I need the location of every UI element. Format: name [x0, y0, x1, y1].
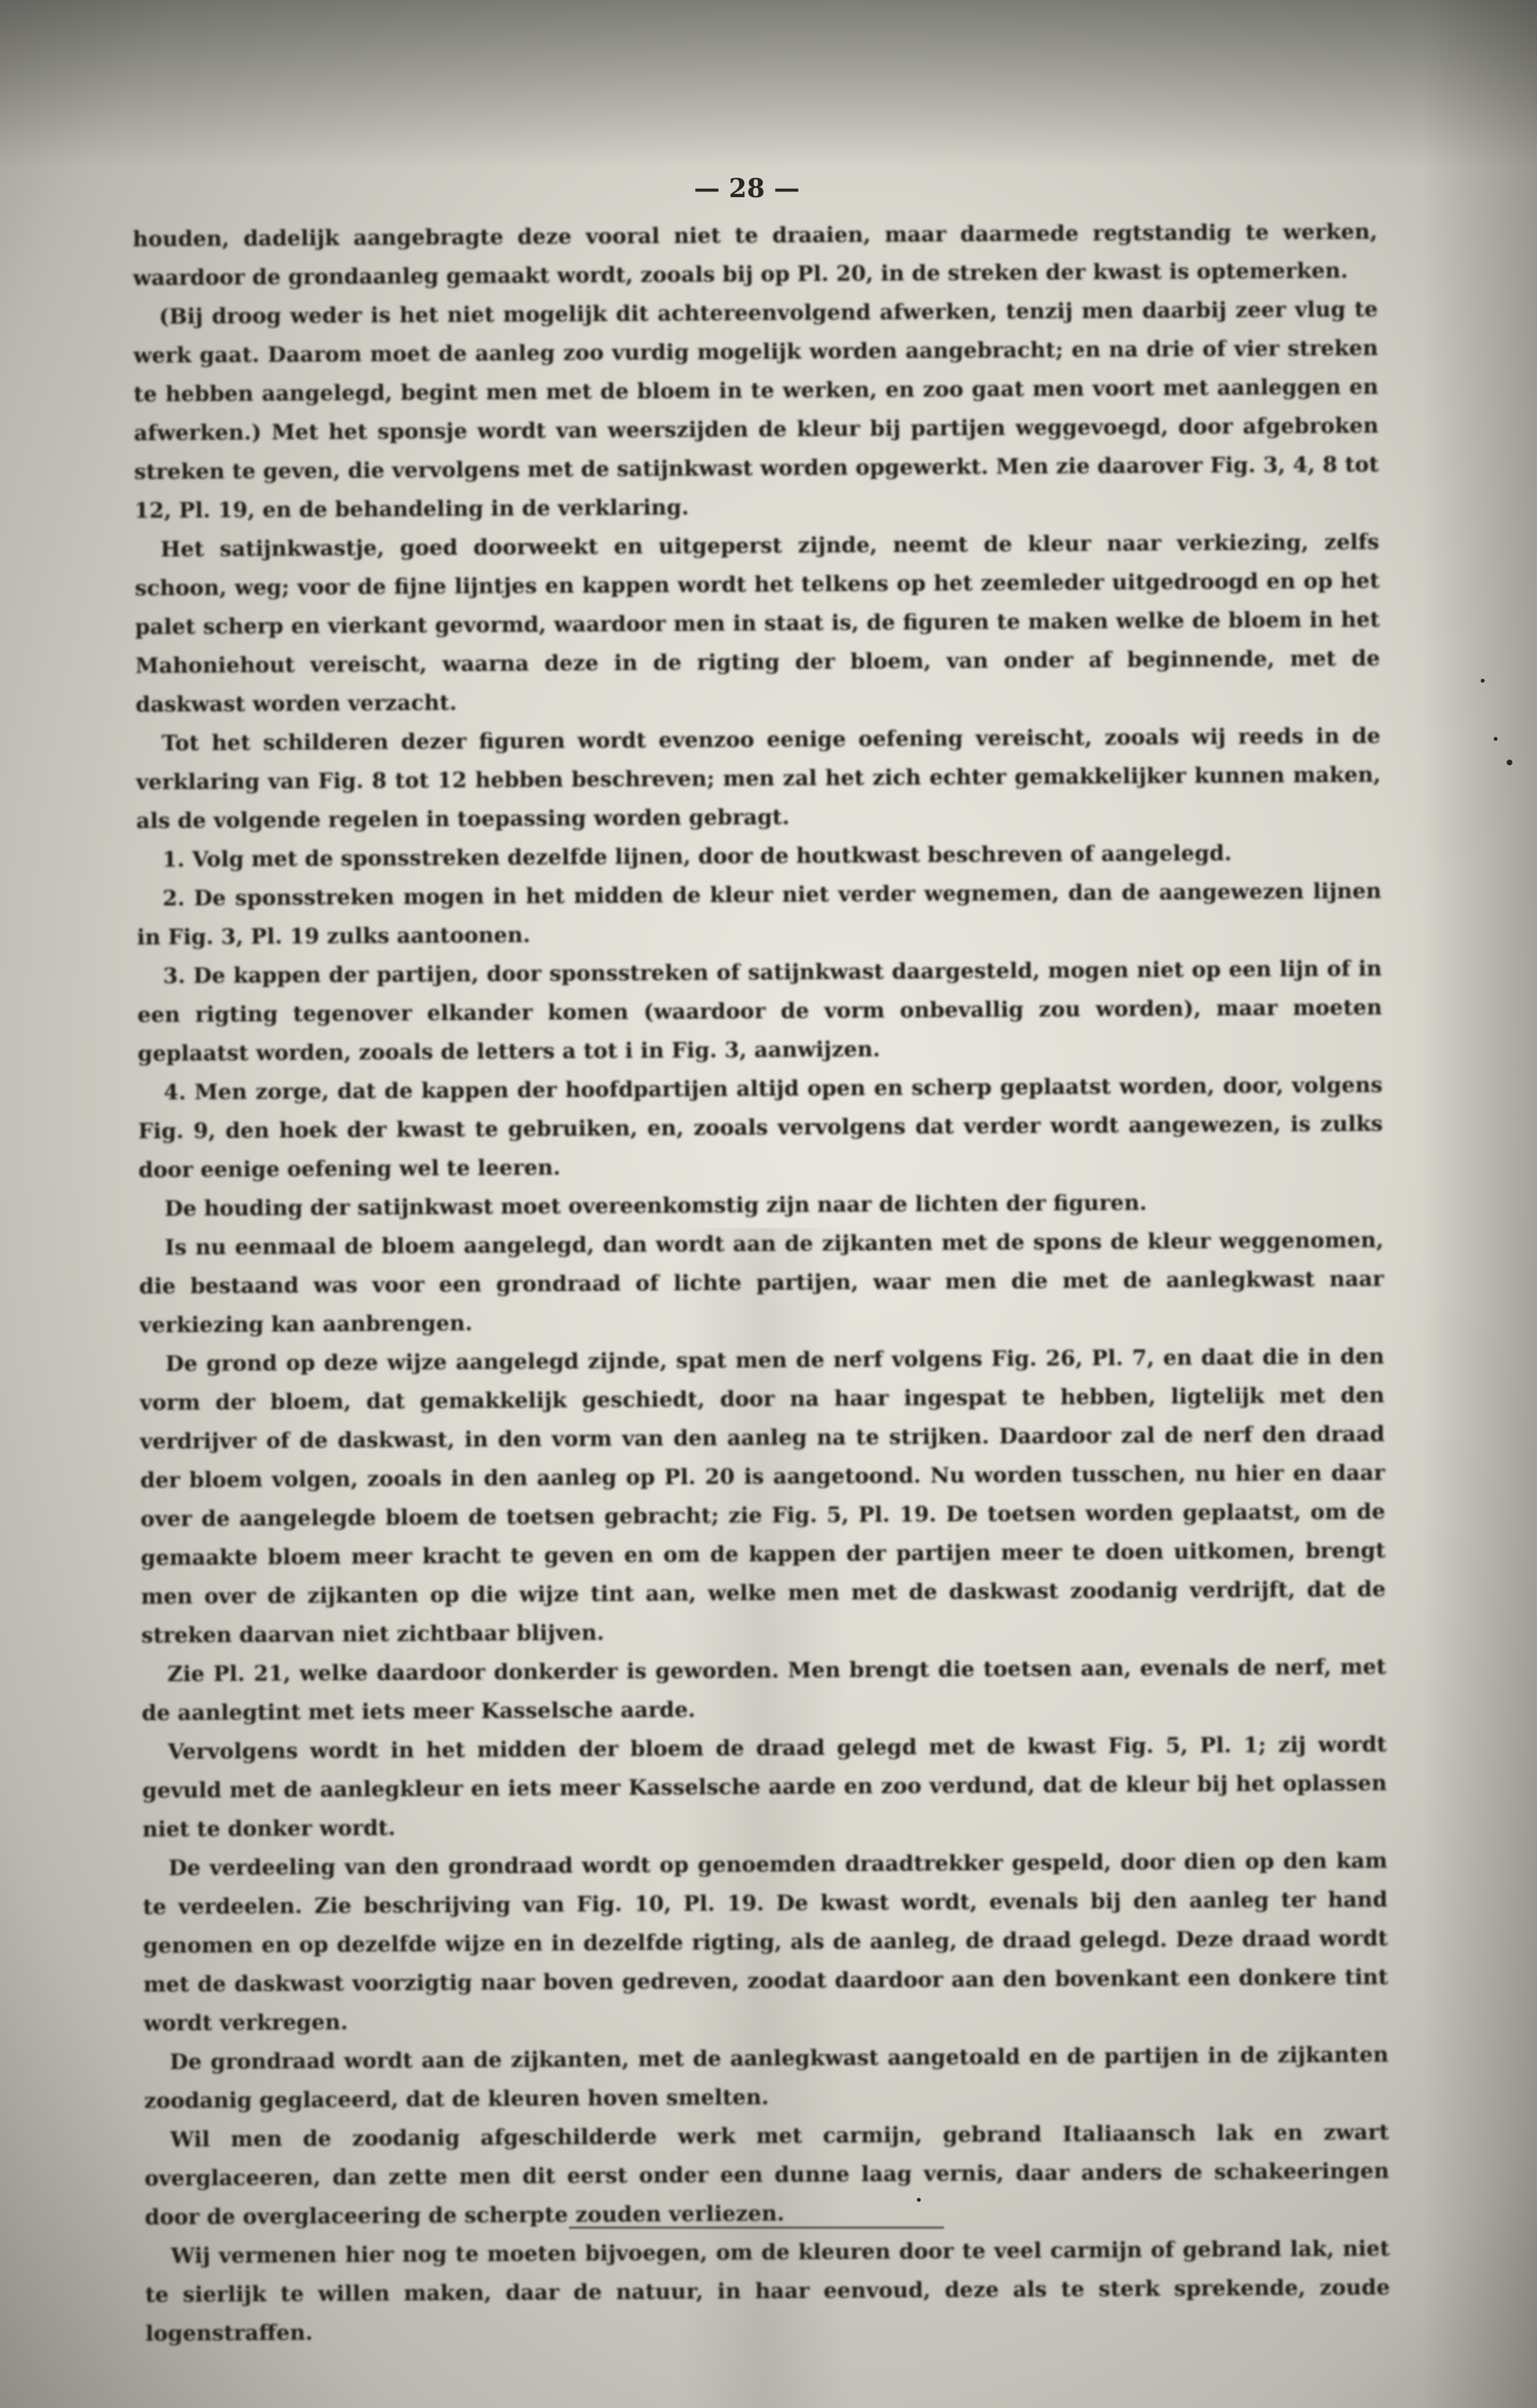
- paragraph: Wil men de zoodanig afgeschilderde werk …: [144, 2113, 1390, 2237]
- list-item: 2. De sponsstreken mogen in het midden d…: [136, 871, 1382, 957]
- paragraph: De grond op deze wijze aangelegd zijnde,…: [140, 1337, 1386, 1655]
- paragraph: De grondraad wordt aan de zijkanten, met…: [144, 2035, 1389, 2120]
- paragraph: (Bij droog weder is het niet mogelijk di…: [133, 290, 1379, 530]
- scanned-page: — 28 — houden, dadelijk aangebragte deze…: [0, 0, 1537, 2408]
- body-text: houden, dadelijk aangebragte deze vooral…: [133, 212, 1390, 2353]
- ink-speck: [1507, 760, 1512, 765]
- top-shadow: [0, 0, 1537, 168]
- paragraph: Is nu eenmaal de bloem aangelegd, dan wo…: [139, 1220, 1384, 1345]
- paragraph: houden, dadelijk aangebragte deze vooral…: [133, 212, 1378, 297]
- paragraph: Vervolgens wordt in het midden der bloem…: [142, 1725, 1387, 1849]
- right-edge-shadow: [1421, 0, 1537, 2408]
- paragraph: De verdeeling van den grondraad wordt op…: [142, 1841, 1388, 2043]
- paragraph: Het satijnkwastje, goed doorweekt en uit…: [134, 522, 1381, 724]
- page-number: — 28 —: [692, 173, 802, 204]
- ink-speck: [1494, 737, 1498, 741]
- paragraph: Wij vermenen hier nog te moeten bijvoege…: [145, 2229, 1390, 2353]
- list-item: 3. De kappen der partijen, door sponsstr…: [137, 949, 1382, 1073]
- ink-speck: [1481, 679, 1485, 683]
- paragraph: Tot het schilderen dezer figuren wordt e…: [136, 716, 1381, 840]
- list-item: 4. Men zorge, dat de kappen der hoofdpar…: [138, 1065, 1383, 1189]
- paragraph: Zie Pl. 21, welke daardoor donkerder is …: [142, 1647, 1387, 1732]
- ink-speck: [917, 2198, 921, 2202]
- closing-rule: [569, 2226, 944, 2229]
